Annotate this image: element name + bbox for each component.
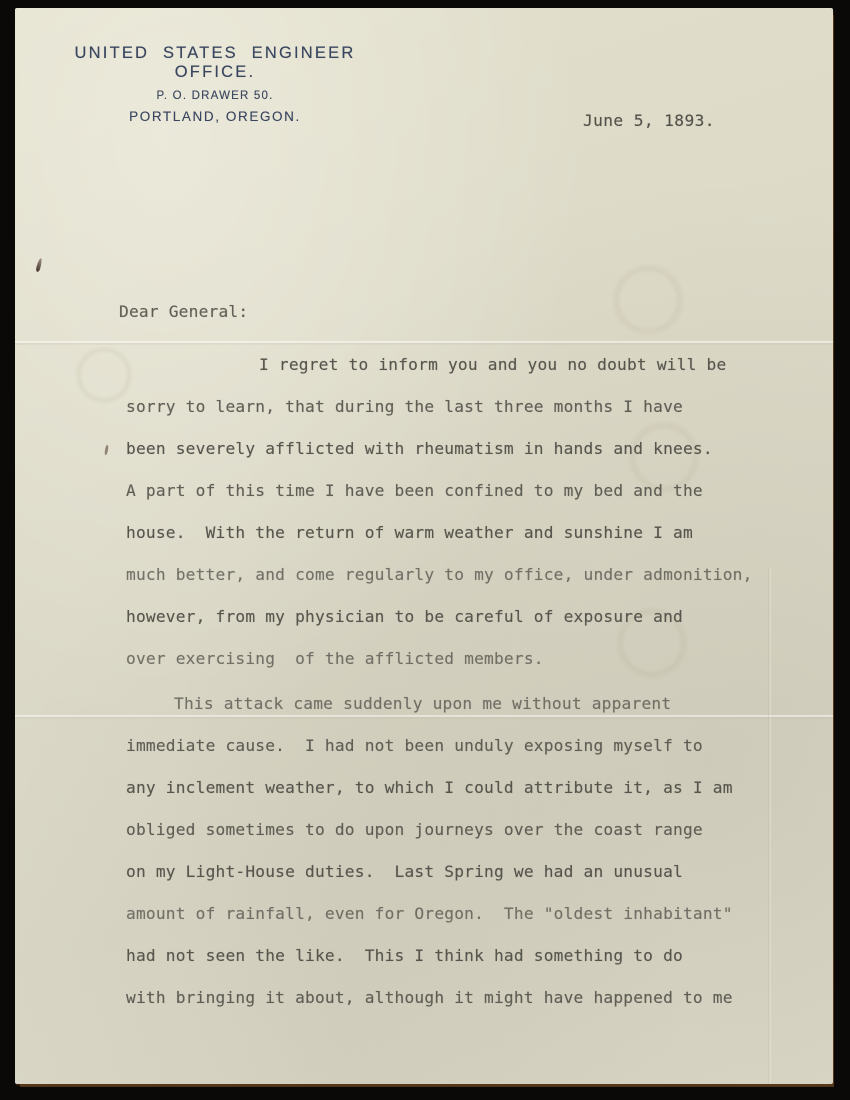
letter-line: amount of rainfall, even for Oregon. The… (126, 904, 826, 946)
letter-line: had not seen the like. This I think had … (126, 946, 826, 988)
letterhead-city: PORTLAND, OREGON. (43, 109, 387, 124)
scan-background: { "document": { "letterhead": { "office_… (0, 0, 850, 1100)
letter-line: with bringing it about, although it migh… (126, 988, 826, 1030)
letter-line: on my Light-House duties. Last Spring we… (126, 862, 826, 904)
letter-paper: UNITED STATES ENGINEER OFFICE. P. O. DRA… (15, 8, 833, 1084)
letter-line: immediate cause. I had not been unduly e… (126, 736, 826, 778)
letterhead-office-name: UNITED STATES ENGINEER OFFICE. (43, 44, 387, 82)
letter-line: A part of this time I have been confined… (126, 481, 826, 523)
stray-ink-mark (35, 258, 42, 273)
letter-line: I regret to inform you and you no doubt … (126, 355, 826, 397)
letter-line: been severely afflicted with rheumatism … (126, 439, 826, 481)
letter-line: obliged sometimes to do upon journeys ov… (126, 820, 826, 862)
salutation: Dear General: (119, 302, 826, 344)
stray-ink-mark (104, 445, 109, 455)
letter-line: any inclement weather, to which I could … (126, 778, 826, 820)
letter-line: sorry to learn, that during the last thr… (126, 397, 826, 439)
letter-line: This attack came suddenly upon me withou… (126, 694, 826, 736)
date-line: June 5, 1893. (583, 111, 715, 130)
letter-line: much better, and come regularly to my of… (126, 565, 826, 607)
letter-line: house. With the return of warm weather a… (126, 523, 826, 565)
letter-line: over exercising of the afflicted members… (126, 649, 826, 691)
letter-line: however, from my physician to be careful… (126, 607, 826, 649)
letterhead-po-drawer: P. O. DRAWER 50. (43, 90, 387, 102)
letterhead: UNITED STATES ENGINEER OFFICE. P. O. DRA… (43, 44, 387, 124)
show-through-spot (74, 345, 133, 404)
letter-body: Dear General: I regret to inform you and… (126, 302, 826, 1030)
